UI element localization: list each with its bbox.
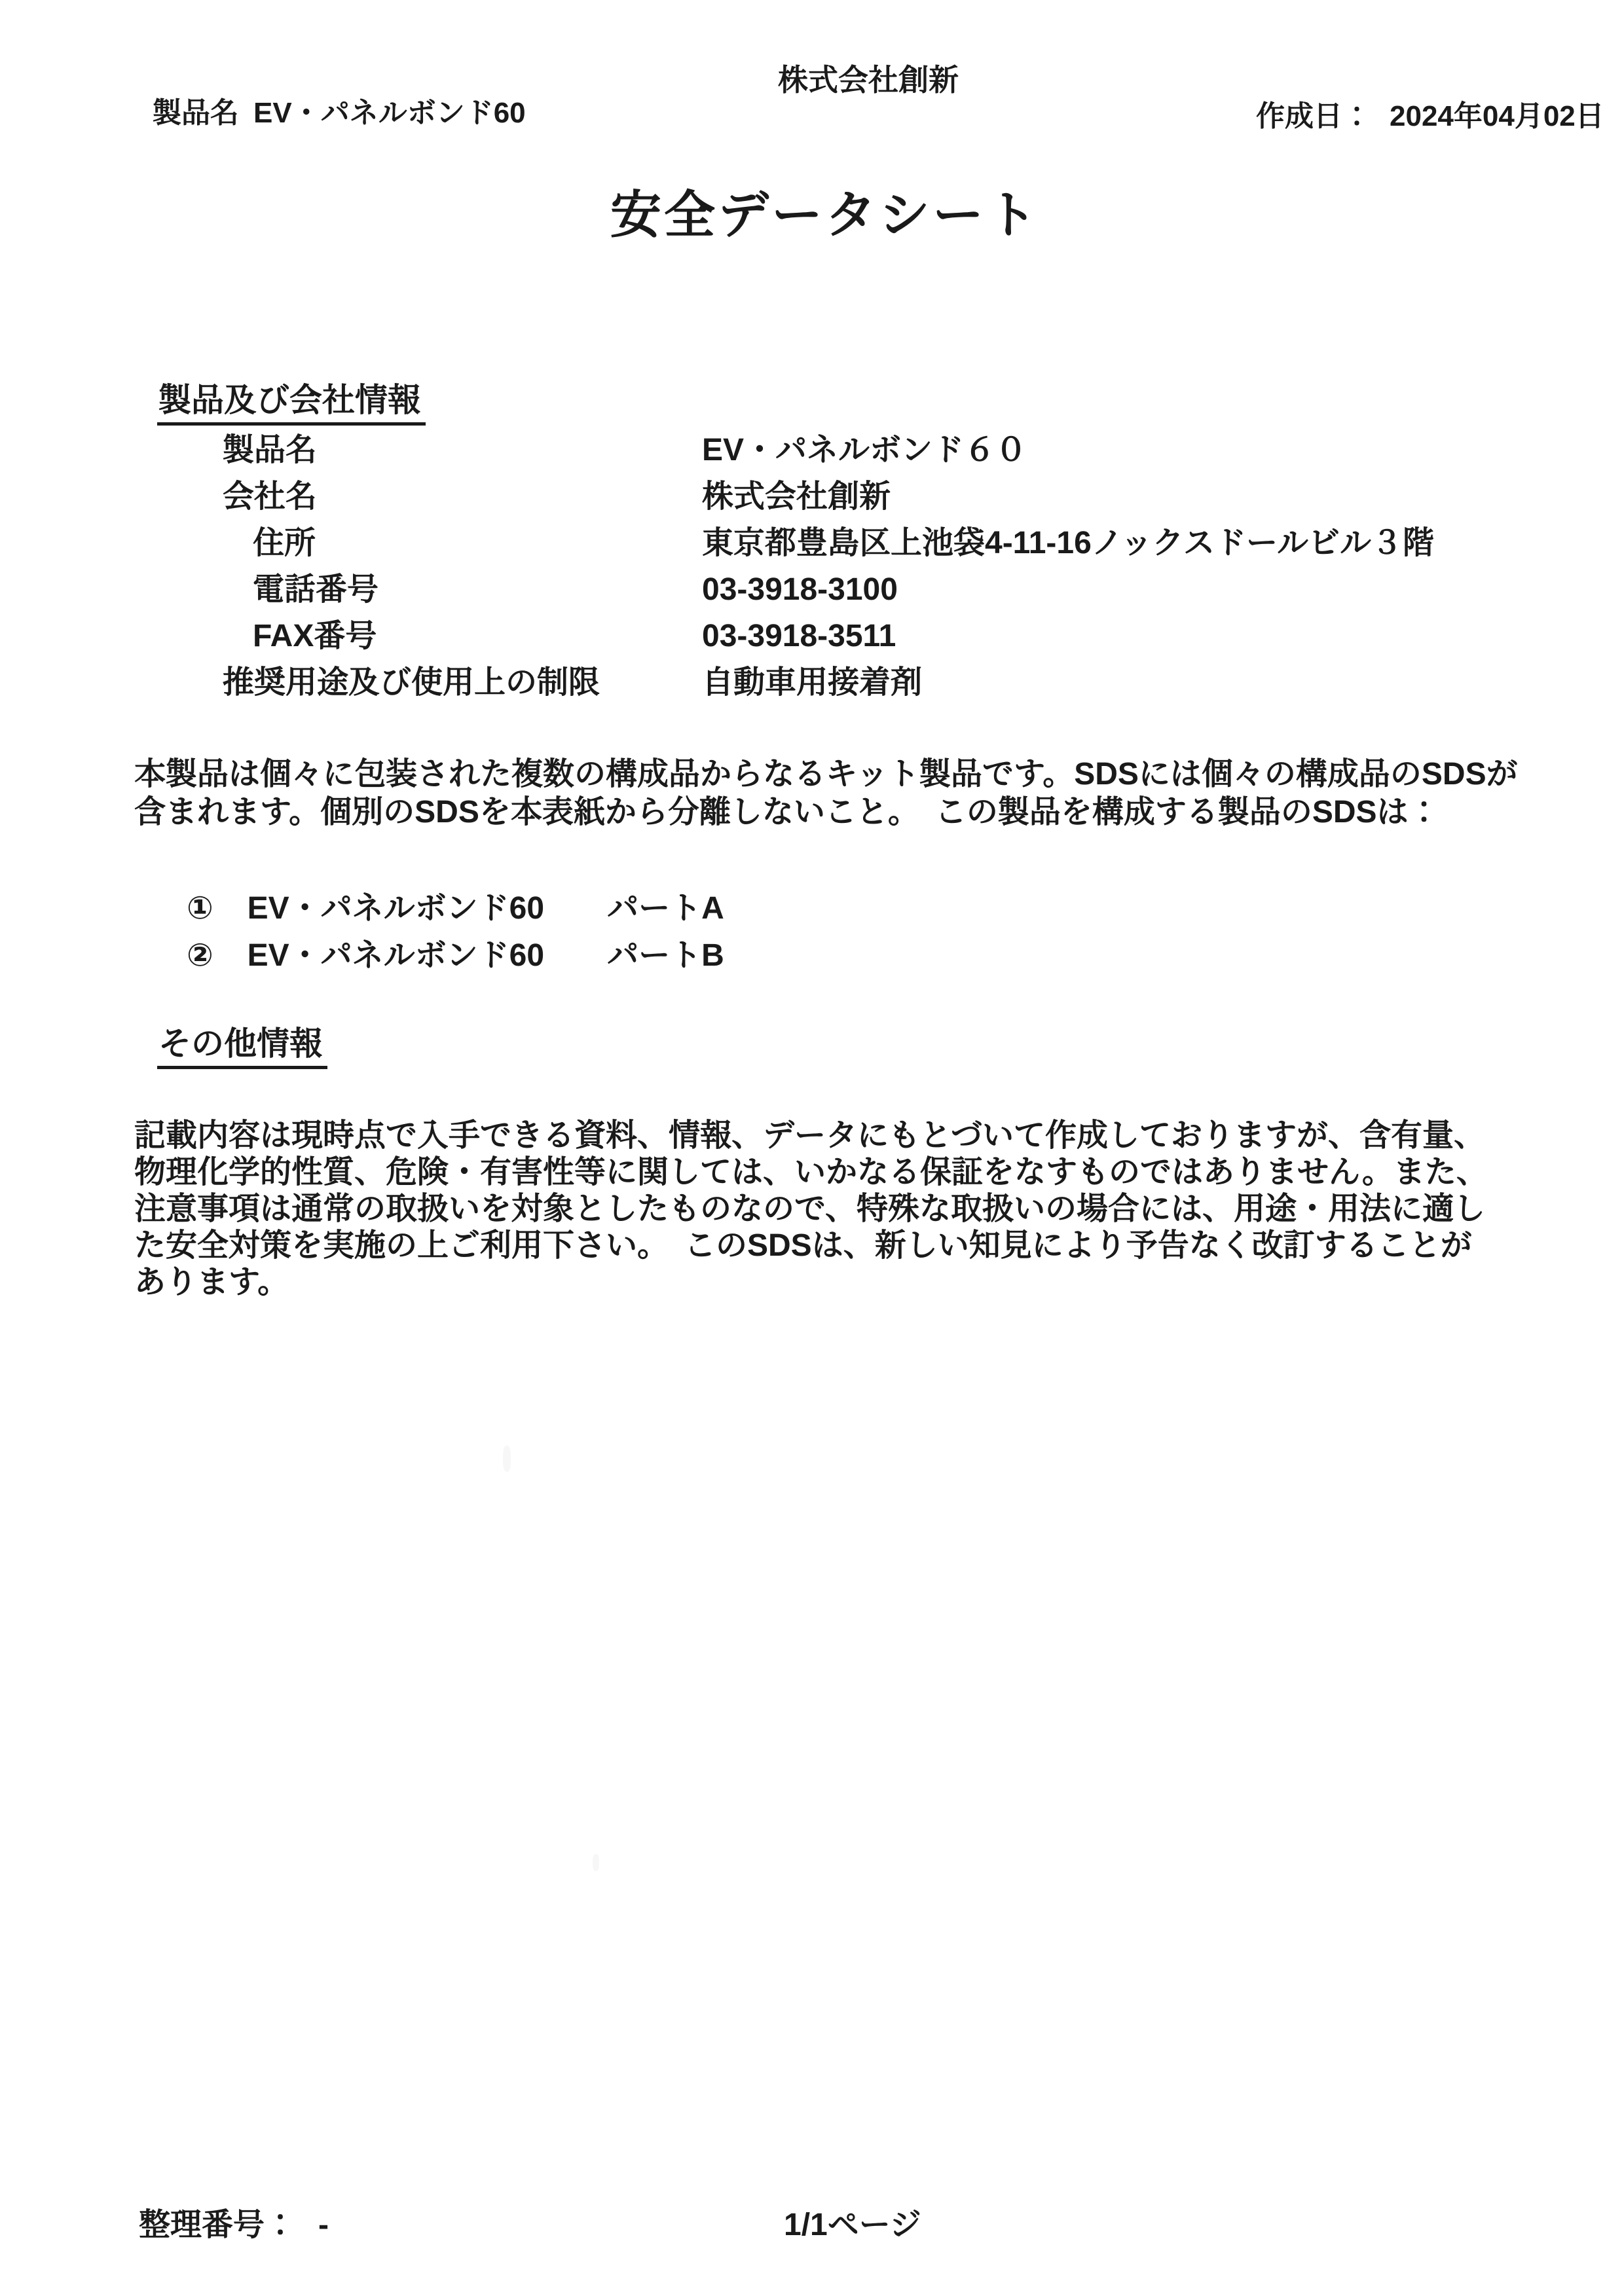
kit-item-part-b: ②EV・パネルボンド60 パートB [187,932,724,979]
scan-artifact [503,1446,511,1472]
section-heading-product-company-info: 製品及び会社情報 [157,382,426,426]
item-number-circle: ① [187,891,213,926]
header-company-name: 株式会社創新 [778,65,959,95]
info-value: 東京都豊島区上池袋4-11-16ノックスドールビル３階 [702,520,1434,566]
kit-note-paragraph: 本製品は個々に包装された複数の構成品からなるキット製品です。SDSには個々の構成… [134,756,1518,831]
item-text: EV・パネルボンド60 パートB [248,938,724,973]
info-value: 03-3918-3100 [702,566,898,613]
reference-number-value: - [318,2208,329,2242]
creation-date-label: 作成日： [1256,100,1371,132]
disclaimer-line: た安全対策を実施の上ご利用下さい。 このSDSは、新しい知見により予告なく改訂す… [134,1228,1488,1264]
info-label: 会社名 [223,473,702,520]
header-product-label: 製品名 [153,97,239,129]
disclaimer-paragraph: 記載内容は現時点で入手できる資料、情報、データにもとづいて作成しておりますが、含… [134,1118,1488,1301]
reference-number-label: 整理番号： [139,2208,296,2242]
info-value: 株式会社創新 [702,473,891,520]
info-label: 推奨用途及び使用上の制限 [223,659,702,706]
header-creation-date: 作成日：2024年04月02日 [1256,102,1604,131]
product-company-info-table: 製品名 EV・パネルボンド６０ 会社名 株式会社創新 住所 東京都豊島区上池袋4… [223,427,1434,706]
disclaimer-line: 注意事項は通常の取扱いを対象としたものなので、特殊な取扱いの場合には、用途・用法… [134,1191,1488,1228]
info-row-phone: 電話番号 03-3918-3100 [223,566,1434,613]
info-label: FAX番号 [223,613,702,659]
scan-artifact [593,1854,599,1871]
item-text: EV・パネルボンド60 パートA [248,891,724,926]
info-value: 03-3918-3511 [702,613,896,659]
kit-note-line: 本製品は個々に包装された複数の構成品からなるキット製品です。SDSには個々の構成… [134,756,1518,793]
info-row-address: 住所 東京都豊島区上池袋4-11-16ノックスドールビル３階 [223,520,1434,566]
info-label: 電話番号 [223,566,702,613]
footer-reference-number: 整理番号：- [139,2210,329,2241]
info-label: 住所 [223,520,702,566]
header-product-value: EV・パネルボンド60 [253,97,526,129]
info-row-company-name: 会社名 株式会社創新 [223,473,1434,520]
sds-document-page: 株式会社創新 製品名EV・パネルボンド60 作成日：2024年04月02日 安全… [0,0,1624,2296]
item-number-circle: ② [187,938,213,973]
document-title: 安全データシート [610,189,1040,240]
info-row-product-name: 製品名 EV・パネルボンド６０ [223,427,1434,473]
kit-note-line: 含まれます。個別のSDSを本表紙から分離しないこと。 この製品を構成する製品のS… [134,793,1518,831]
footer-page-number: 1/1ページ [784,2210,921,2241]
disclaimer-line: 物理化学的性質、危険・有害性等に関しては、いかなる保証をなすものではありません。… [134,1154,1488,1191]
disclaimer-line: 記載内容は現時点で入手できる資料、情報、データにもとづいて作成しておりますが、含… [134,1118,1488,1154]
kit-item-part-a: ①EV・パネルボンド60 パートA [187,885,724,932]
kit-component-list: ①EV・パネルボンド60 パートA ②EV・パネルボンド60 パートB [187,885,724,979]
info-value: EV・パネルボンド６０ [702,427,1027,473]
header-product-name: 製品名EV・パネルボンド60 [153,99,526,128]
creation-date-value: 2024年04月02日 [1390,100,1604,132]
info-row-fax: FAX番号 03-3918-3511 [223,613,1434,659]
disclaimer-line: あります。 [134,1264,1488,1301]
section-heading-other-info: その他情報 [157,1026,327,1069]
info-label: 製品名 [223,427,702,473]
info-row-recommended-use: 推奨用途及び使用上の制限 自動車用接着剤 [223,659,1434,706]
info-value: 自動車用接着剤 [702,659,922,706]
